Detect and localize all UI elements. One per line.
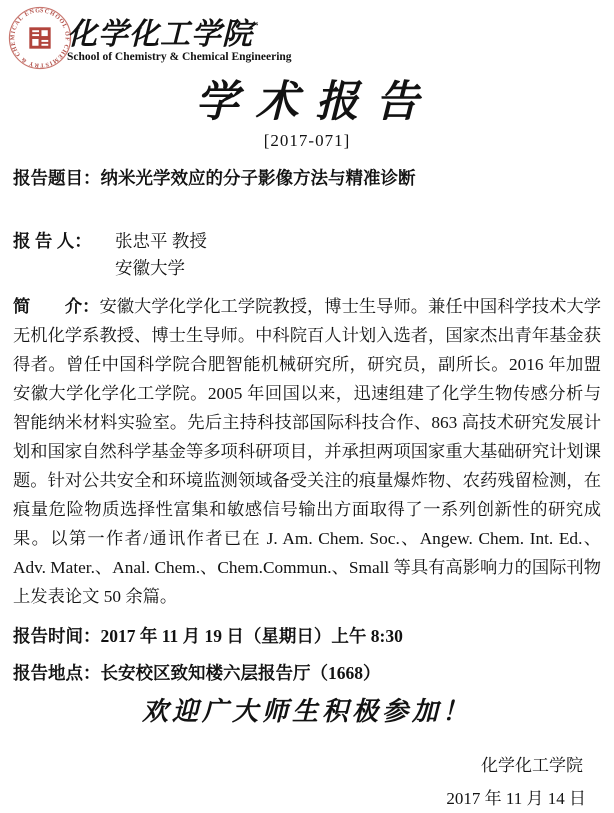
school-brand: 化学化工学院៸៹ School of Chemistry & Chemical … <box>67 13 292 64</box>
signature-mark-icon: ៸៹ <box>253 18 258 26</box>
footer-organization: 化学化工学院 <box>481 751 583 776</box>
topic-label: 报告题目： <box>13 168 101 188</box>
welcome-message: 欢迎广大师生积极参加！ <box>0 691 614 728</box>
venue-line: 报告地点：长安校区致知楼六层报告厅（1668） <box>13 661 601 685</box>
school-name-en: School of Chemistry & Chemical Engineeri… <box>67 51 292 63</box>
speaker-bio: 简 介：安徽大学化学化工学院教授，博士生导师。兼任中国科学技术大学无机化学系教授… <box>13 292 601 611</box>
time-value: 2017 年 11 月 19 日（星期日）上午 8:30 <box>101 626 403 646</box>
school-name-cn: 化学化工学院៸៹ <box>67 19 292 51</box>
speaker-label: 报 告 人： <box>13 229 115 253</box>
bio-text: 安徽大学化学化工学院教授，博士生导师。兼任中国科学技术大学无机化学系教授、博士生… <box>13 297 601 606</box>
bio-label: 简 介： <box>13 297 99 316</box>
topic-value: 纳米光学效应的分子影像方法与精准诊断 <box>101 168 416 188</box>
speaker-line: 报 告 人：张忠平 教授 <box>13 229 601 253</box>
topic-line: 报告题目：纳米光学效应的分子影像方法与精准诊断 <box>13 166 601 190</box>
venue-value: 长安校区致知楼六层报告厅（1668） <box>101 663 381 683</box>
time-line: 报告时间：2017 年 11 月 19 日（星期日）上午 8:30 <box>13 624 601 648</box>
school-seal-icon: SCHOOL OF CHEMISTRY & CHEMICAL ENGINEERI… <box>7 5 73 71</box>
time-label: 报告时间： <box>13 626 101 646</box>
speaker-affiliation: 安徽大学 <box>115 255 185 280</box>
lecture-announcement-document: SCHOOL OF CHEMISTRY & CHEMICAL ENGINEERI… <box>0 0 614 813</box>
document-header: SCHOOL OF CHEMISTRY & CHEMICAL ENGINEERI… <box>7 5 292 71</box>
report-number: [2017-071] <box>0 131 614 151</box>
footer-date: 2017 年 11 月 14 日 <box>446 784 586 809</box>
speaker-value: 张忠平 教授 <box>115 231 207 251</box>
page-title: 学术报告 <box>0 68 614 129</box>
venue-label: 报告地点： <box>13 663 101 683</box>
school-name-cn-text: 化学化工学院 <box>67 18 253 51</box>
